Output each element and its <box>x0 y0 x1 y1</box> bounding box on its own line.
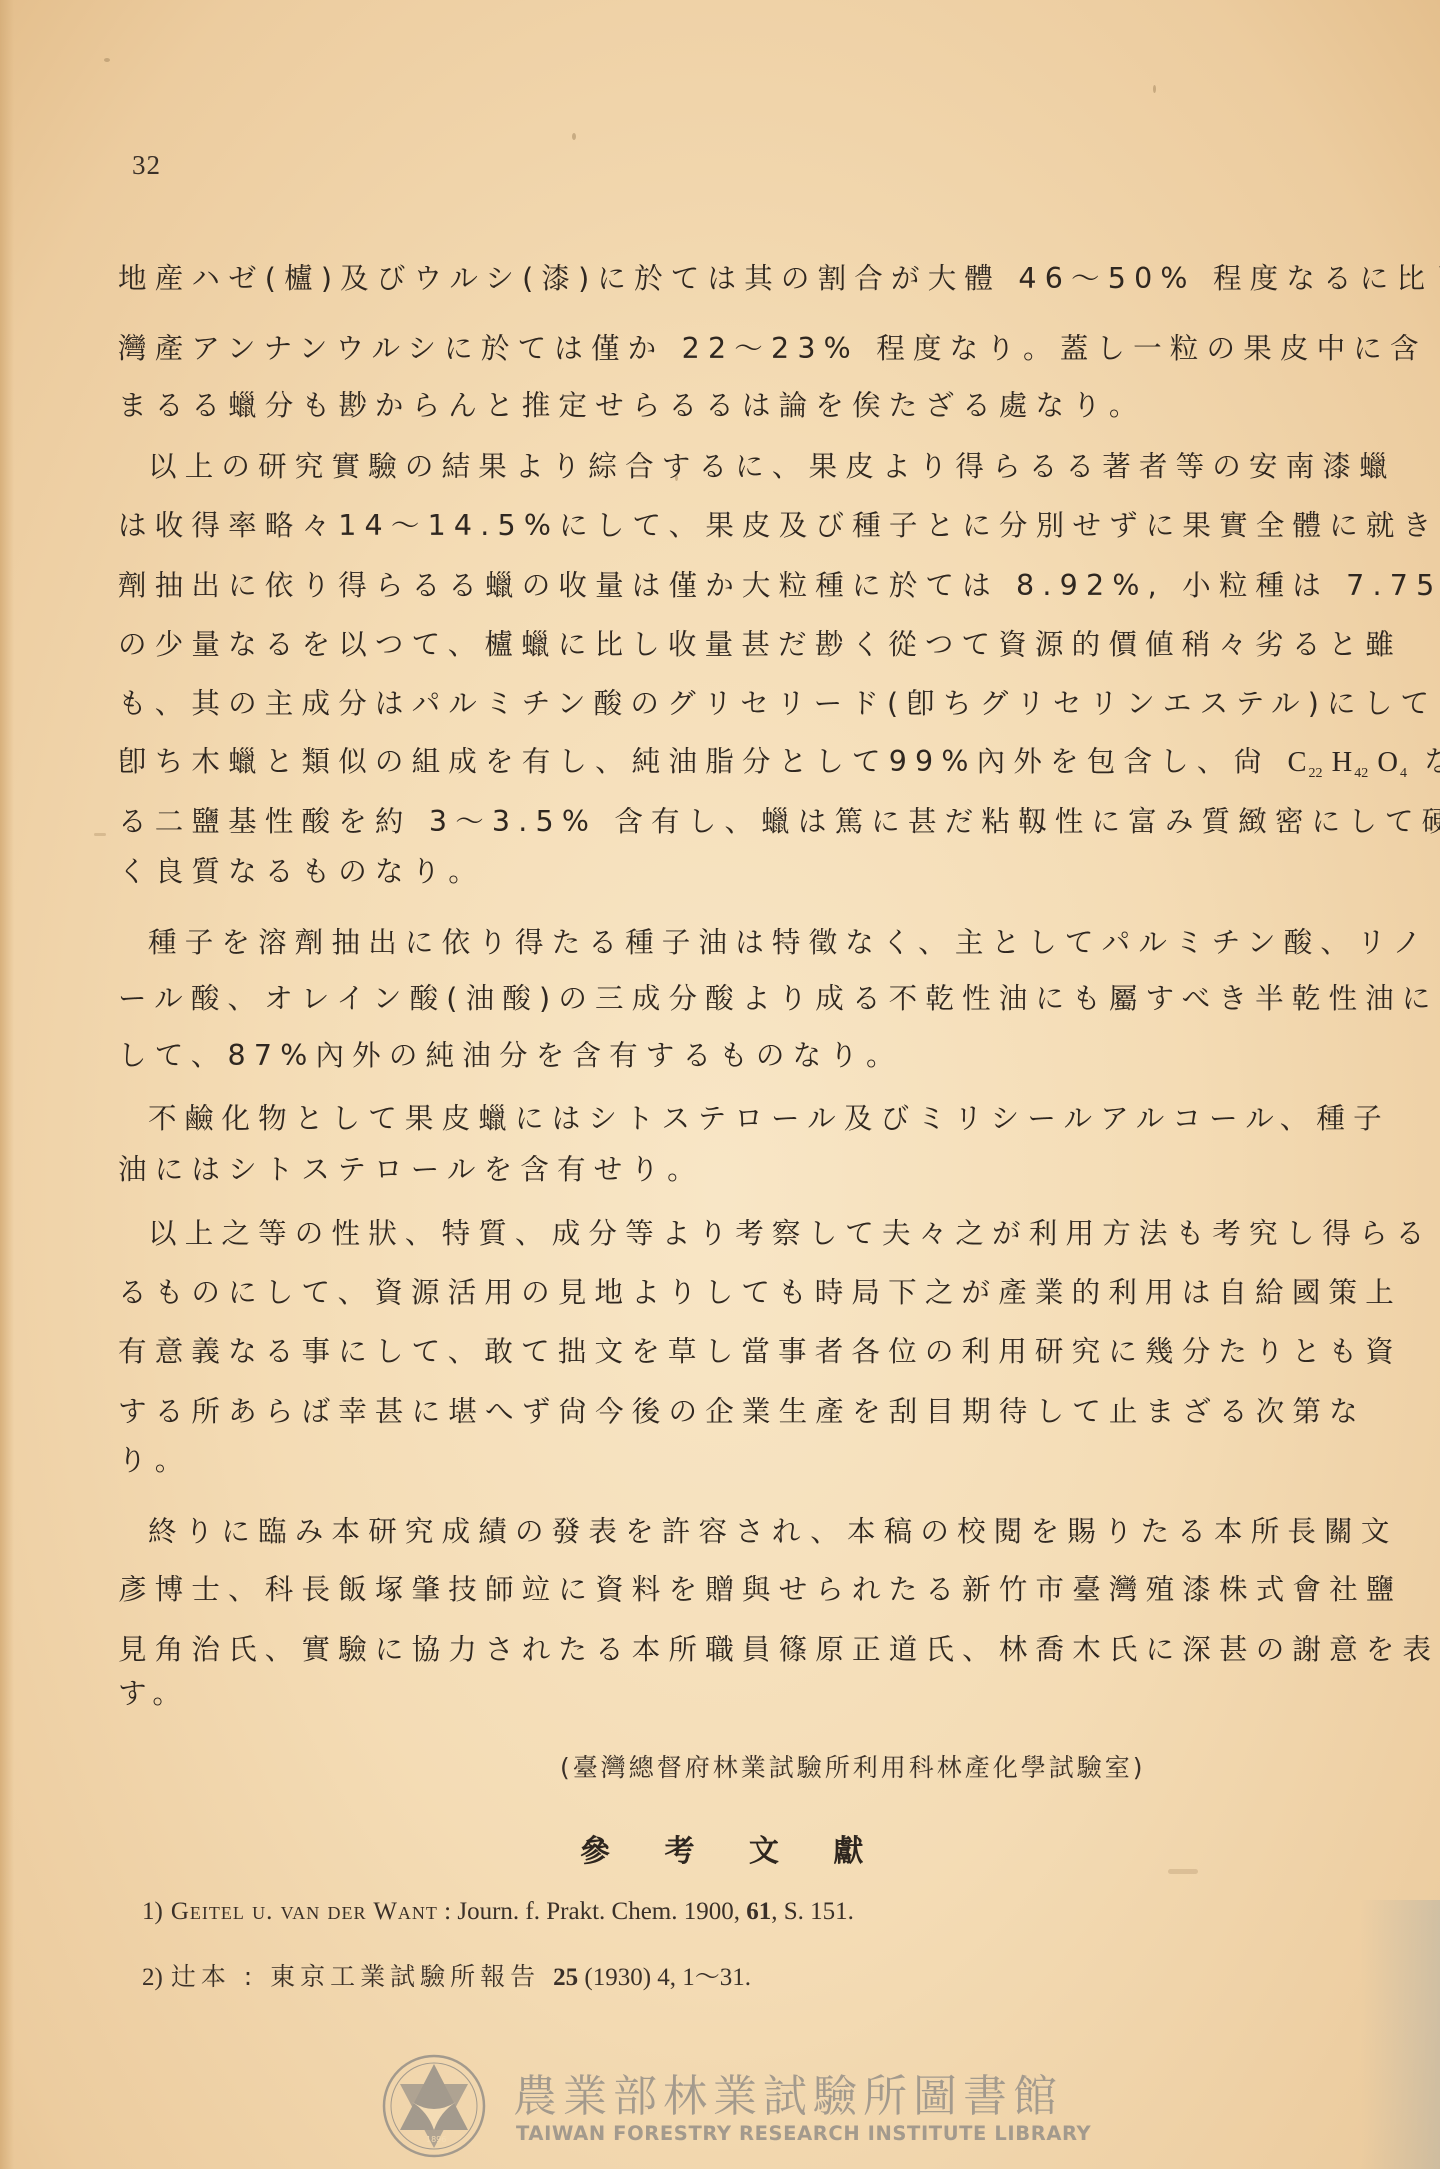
text-line: 不鹼化物として果皮蠟にはシトステロール及びミリシールアルコール、種子 <box>118 1105 1390 1134</box>
reference-authors: Geitel u. van der Want <box>171 1898 438 1925</box>
formula-subscript: 4 <box>1400 766 1407 781</box>
text-line: る二鹽基性酸を約 3〜3.5% 含有し、蠟は篤に甚だ粘靱性に富み質緻密にして硬 <box>118 808 1440 837</box>
paper-speck <box>104 58 110 62</box>
page-number: 32 <box>132 150 161 181</box>
formula-prefix: 卽ち木蠟と類似の組成を有し、純油脂分として99%內外を包含し、尙 <box>118 745 1288 778</box>
text-line: り。 <box>118 1447 191 1476</box>
text-line: 終りに臨み本研究成績の發表を許容され、本稿の校閱を賜りたる本所長關文 <box>118 1518 1398 1547</box>
author-affiliation: (臺灣總督府林業試驗所利用科林產化學試驗室) <box>560 1748 1146 1784</box>
page-edge-right-shadow <box>1360 1900 1440 2169</box>
text-line-chemical-formula: 卽ち木蠟と類似の組成を有し、純油脂分として99%內外を包含し、尙 C22 H42… <box>118 748 1440 781</box>
formula-suffix: な <box>1407 745 1440 778</box>
institute-logo-icon: 1896 <box>378 2050 490 2162</box>
text-line: 種子を溶劑抽出に依り得たる種子油は特徵なく、主としてパルミチン酸、リノ <box>118 929 1429 958</box>
text-line: 灣產アンナンウルシに於ては僅か 22〜23% 程度なり。蓋し一粒の果皮中に含 <box>118 335 1427 364</box>
text-line: は收得率略々14〜14.5%にして、果皮及び種子とに分別せずに果實全體に就き溶 <box>118 512 1440 541</box>
reference-separator: : <box>231 1962 270 1991</box>
text-line: く良質なるものなり。 <box>118 858 485 887</box>
paper-speck <box>572 133 576 140</box>
reference-volume: 25 <box>553 1964 578 1991</box>
formula-subscript: 42 <box>1354 766 1368 781</box>
reference-separator: : <box>438 1898 457 1925</box>
formula-element: H <box>1332 747 1355 778</box>
text-line: 劑抽出に依り得らるる蠟の收量は僅か大粒種に於ては 8.92%, 小粒種は 7.7… <box>118 572 1440 601</box>
text-line: す。 <box>118 1680 189 1709</box>
formula-element: C <box>1288 747 1309 778</box>
reference-citation: Journ. f. Prakt. Chem. 1900, <box>457 1898 746 1925</box>
reference-volume: 61 <box>746 1898 771 1925</box>
formula-element: O <box>1377 747 1400 778</box>
text-line: ール酸、オレイン酸(油酸)の三成分酸より成る不乾性油にも屬すべき半乾性油に <box>118 985 1439 1014</box>
reference-number: 1) <box>142 1898 163 1925</box>
text-line: 見角治氏、實驗に協力されたる本所職員篠原正道氏、林喬木氏に深甚の謝意を表 <box>118 1636 1439 1665</box>
logo-year: 1896 <box>426 2135 446 2144</box>
page-edge-left <box>0 0 14 2169</box>
reference-citation: 東京工業試驗所報告 <box>270 1962 553 1991</box>
text-line: の少量なるを以つて、櫨蠟に比し收量甚だ尠く從つて資源的價値稍々劣ると雖 <box>118 631 1402 660</box>
text-line: 以上之等の性狀、特質、成分等より考察して夫々之が利用方法も考究し得らる <box>118 1220 1433 1249</box>
formula-carbon: C22 H42 O4 <box>1288 747 1407 778</box>
paper-speck <box>1153 85 1156 93</box>
paper-speck <box>1168 1869 1198 1874</box>
reference-pages: , S. 151. <box>771 1898 854 1925</box>
text-line: 有意義なる事にして、敢て拙文を草し當事者各位の利用研究に幾分たりとも資 <box>118 1338 1402 1367</box>
text-line: 以上の研究實驗の結果より綜合するに、果皮より得らるる著者等の安南漆蠟 <box>118 453 1396 482</box>
library-name-chinese: 農業部林業試驗所圖書館 <box>513 2060 1063 2124</box>
text-line: する所あらば幸甚に堪へず尙今後の企業生產を刮目期待して止まざる次第な <box>118 1398 1366 1427</box>
reference-number: 2) <box>142 1964 163 1991</box>
reference-item-1: 1)Geitel u. van der Want : Journ. f. Pra… <box>142 1898 854 1926</box>
paper-speck <box>94 833 106 836</box>
formula-subscript: 22 <box>1309 766 1323 781</box>
references-heading: 參 考 文 獻 <box>580 1826 885 1870</box>
reference-item-2: 2)辻本 : 東京工業試驗所報告 25 (1930) 4, 1〜31. <box>142 1957 751 1993</box>
reference-pages: (1930) 4, 1〜31. <box>578 1964 751 1991</box>
text-line: して、87%內外の純油分を含有するものなり。 <box>118 1042 903 1071</box>
text-line: 地産ハゼ(櫨)及びウルシ(漆)に於ては其の割合が大體 46〜50% 程度なるに比… <box>118 265 1440 294</box>
text-line: 油にはシトステロールを含有せり。 <box>118 1156 704 1185</box>
text-line: も、其の主成分はパルミチン酸のグリセリード(卽ちグリセリンエステル)にして <box>118 690 1437 719</box>
library-name-english: TAIWAN FORESTRY RESEARCH INSTITUTE LIBRA… <box>516 2122 1091 2145</box>
library-watermark: 1896 農業部林業試驗所圖書館 TAIWAN FORESTRY RESEARC… <box>378 2050 1078 2160</box>
text-line: るものにして、資源活用の見地よりしても時局下之が產業的利用は自給國策上 <box>118 1279 1402 1308</box>
text-line: 彥博士、科長飯塚肇技師竝に資料を贈與せられたる新竹市臺灣殖漆株式會社鹽 <box>118 1576 1403 1605</box>
reference-authors: 辻本 <box>171 1962 231 1991</box>
text-line: まるる蠟分も尠からんと推定せらるるは論を俟たざる處なり。 <box>118 392 1146 421</box>
